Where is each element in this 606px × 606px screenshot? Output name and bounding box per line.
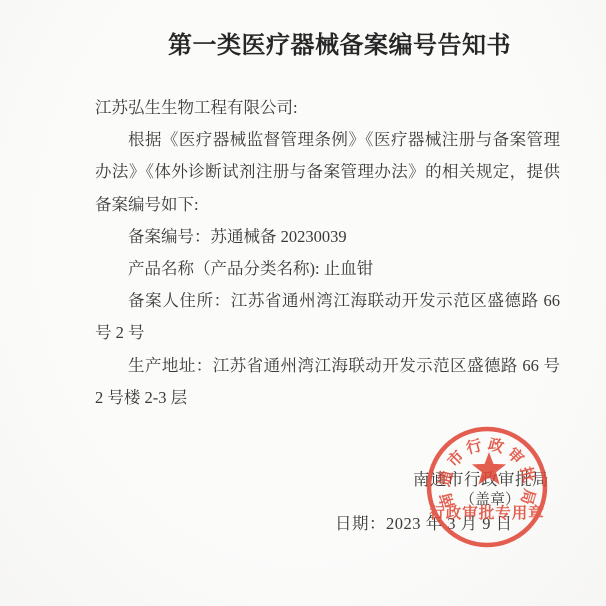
field-production-address: 生产地址：江苏省通州湾江海联动开发示范区盛德路 66 号 2 号楼 2-3 层 bbox=[95, 350, 560, 414]
seal-star-icon bbox=[472, 452, 506, 485]
field-label: 备案人住所： bbox=[128, 291, 231, 310]
field-label: 产品名称（产品分类名称): bbox=[128, 259, 324, 278]
field-label: 生产地址： bbox=[128, 356, 213, 375]
recipient-line: 江苏弘生生物工程有限公司: bbox=[95, 92, 560, 124]
document-title: 第一类医疗器械备案编号告知书 bbox=[168, 25, 511, 60]
field-value: 苏通械备 20230039 bbox=[211, 227, 347, 246]
seal-ring bbox=[429, 429, 545, 545]
seal-banner-label: 行政审批专用章 bbox=[429, 503, 545, 522]
official-seal-icon: 南通市行政审批局 行政审批专用章 bbox=[417, 417, 557, 557]
field-filing-number: 备案编号：苏通械备 20230039 bbox=[95, 221, 560, 253]
document-body: 江苏弘生生物工程有限公司: 根据《医疗器械监督管理条例》《医疗器械注册与备案管理… bbox=[95, 92, 560, 414]
document-page: 第一类医疗器械备案编号告知书 江苏弘生生物工程有限公司: 根据《医疗器械监督管理… bbox=[0, 0, 606, 606]
field-product-name: 产品名称（产品分类名称): 止血钳 bbox=[95, 253, 560, 285]
field-value: 止血钳 bbox=[324, 259, 374, 278]
field-label: 备案编号： bbox=[128, 227, 211, 246]
intro-paragraph: 根据《医疗器械监督管理条例》《医疗器械注册与备案管理办法》《体外诊断试剂注册与备… bbox=[95, 124, 560, 221]
field-registrant-address: 备案人住所：江苏省通州湾江海联动开发示范区盛德路 66 号 2 号 bbox=[95, 285, 560, 349]
